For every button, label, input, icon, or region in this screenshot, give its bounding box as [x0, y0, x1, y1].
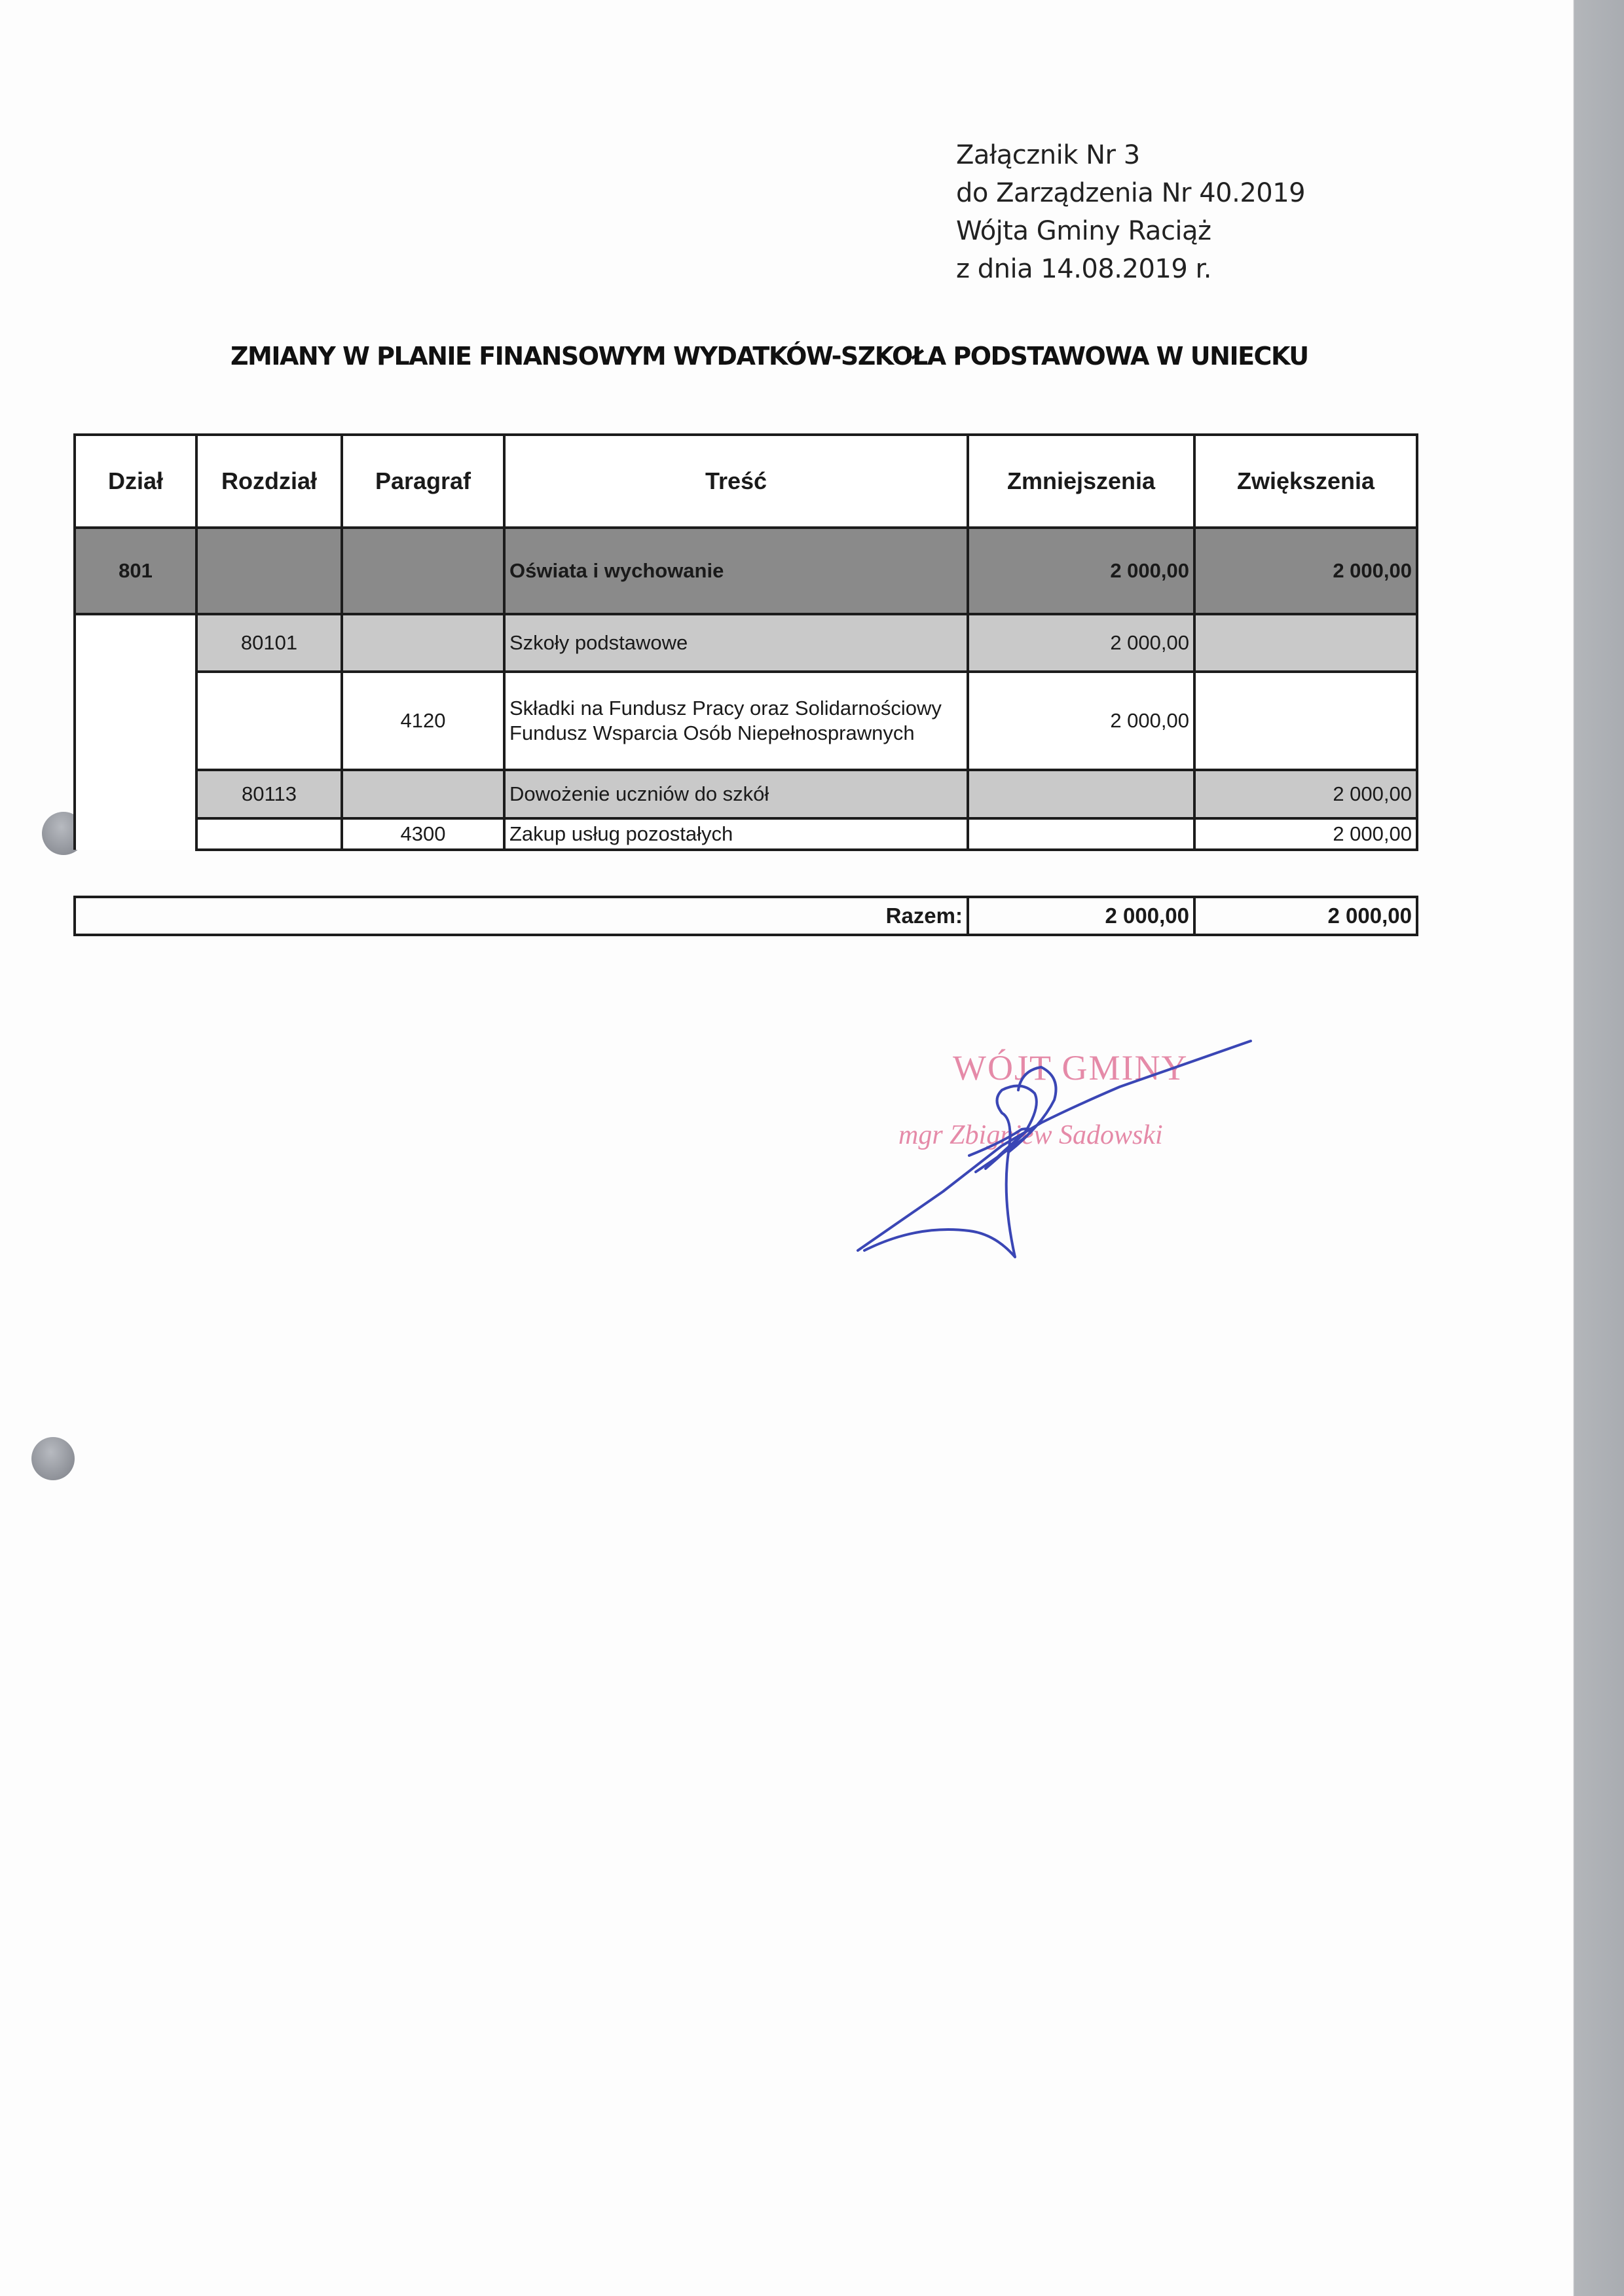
cell-dzial-blank — [75, 614, 196, 850]
issue-date: z dnia 14.08.2019 r. — [956, 250, 1305, 288]
totals-label: Razem: — [75, 897, 968, 935]
cell-zmniejszenia — [968, 770, 1194, 818]
totals-zwiekszenia: 2 000,00 — [1194, 897, 1417, 935]
cell-tresc: Składki na Fundusz Pracy oraz Solidarnoś… — [504, 672, 968, 770]
table-row: 80101 Szkoły podstawowe 2 000,00 — [75, 614, 1417, 672]
handwritten-signature — [845, 1034, 1277, 1283]
cell-tresc: Zakup usług pozostałych — [504, 818, 968, 850]
table-row: 801 Oświata i wychowanie 2 000,00 2 000,… — [75, 528, 1417, 614]
attachment-header: Załącznik Nr 3 do Zarządzenia Nr 40.2019… — [956, 136, 1305, 288]
header-dzial: Dział — [75, 435, 196, 528]
cell-rozdzial: 80101 — [196, 614, 342, 672]
cell-zwiekszenia: 2 000,00 — [1194, 528, 1417, 614]
header-rozdzial: Rozdział — [196, 435, 342, 528]
cell-tresc: Dowożenie uczniów do szkół — [504, 770, 968, 818]
cell-tresc: Szkoły podstawowe — [504, 614, 968, 672]
issuer: Wójta Gminy Raciąż — [956, 212, 1305, 250]
table-row: 80113 Dowożenie uczniów do szkół 2 000,0… — [75, 770, 1417, 818]
cell-paragraf — [342, 770, 504, 818]
cell-paragraf — [342, 614, 504, 672]
cell-zmniejszenia: 2 000,00 — [968, 672, 1194, 770]
cell-rozdzial — [196, 818, 342, 850]
punch-hole-bottom — [31, 1437, 75, 1480]
header-paragraf: Paragraf — [342, 435, 504, 528]
totals-zmniejszenia: 2 000,00 — [968, 897, 1194, 935]
cell-tresc: Oświata i wychowanie — [504, 528, 968, 614]
table-header-row: Dział Rozdział Paragraf Treść Zmniejszen… — [75, 435, 1417, 528]
cell-zmniejszenia — [968, 818, 1194, 850]
budget-changes-table: Dział Rozdział Paragraf Treść Zmniejszen… — [73, 433, 1418, 851]
cell-zmniejszenia: 2 000,00 — [968, 528, 1194, 614]
cell-dzial: 801 — [75, 528, 196, 614]
header-tresc: Treść — [504, 435, 968, 528]
totals-row: Razem: 2 000,00 2 000,00 — [75, 897, 1417, 935]
totals-table: Razem: 2 000,00 2 000,00 — [73, 896, 1418, 936]
table-row: 4120 Składki na Fundusz Pracy oraz Solid… — [75, 672, 1417, 770]
cell-paragraf: 4120 — [342, 672, 504, 770]
cell-rozdzial — [196, 528, 342, 614]
cell-rozdzial — [196, 672, 342, 770]
table-row: 4300 Zakup usług pozostałych 2 000,00 — [75, 818, 1417, 850]
cell-paragraf — [342, 528, 504, 614]
cell-zwiekszenia — [1194, 672, 1417, 770]
cell-zwiekszenia — [1194, 614, 1417, 672]
header-zmniejszenia: Zmniejszenia — [968, 435, 1194, 528]
attachment-number: Załącznik Nr 3 — [956, 136, 1305, 174]
cell-rozdzial: 80113 — [196, 770, 342, 818]
cell-paragraf: 4300 — [342, 818, 504, 850]
ordinance-reference: do Zarządzenia Nr 40.2019 — [956, 174, 1305, 212]
cell-zmniejszenia: 2 000,00 — [968, 614, 1194, 672]
scan-edge-shadow — [1552, 0, 1624, 2296]
document-title: ZMIANY W PLANIE FINANSOWYM WYDATKÓW-SZKO… — [231, 342, 1278, 371]
cell-zwiekszenia: 2 000,00 — [1194, 770, 1417, 818]
header-zwiekszenia: Zwiększenia — [1194, 435, 1417, 528]
cell-zwiekszenia: 2 000,00 — [1194, 818, 1417, 850]
